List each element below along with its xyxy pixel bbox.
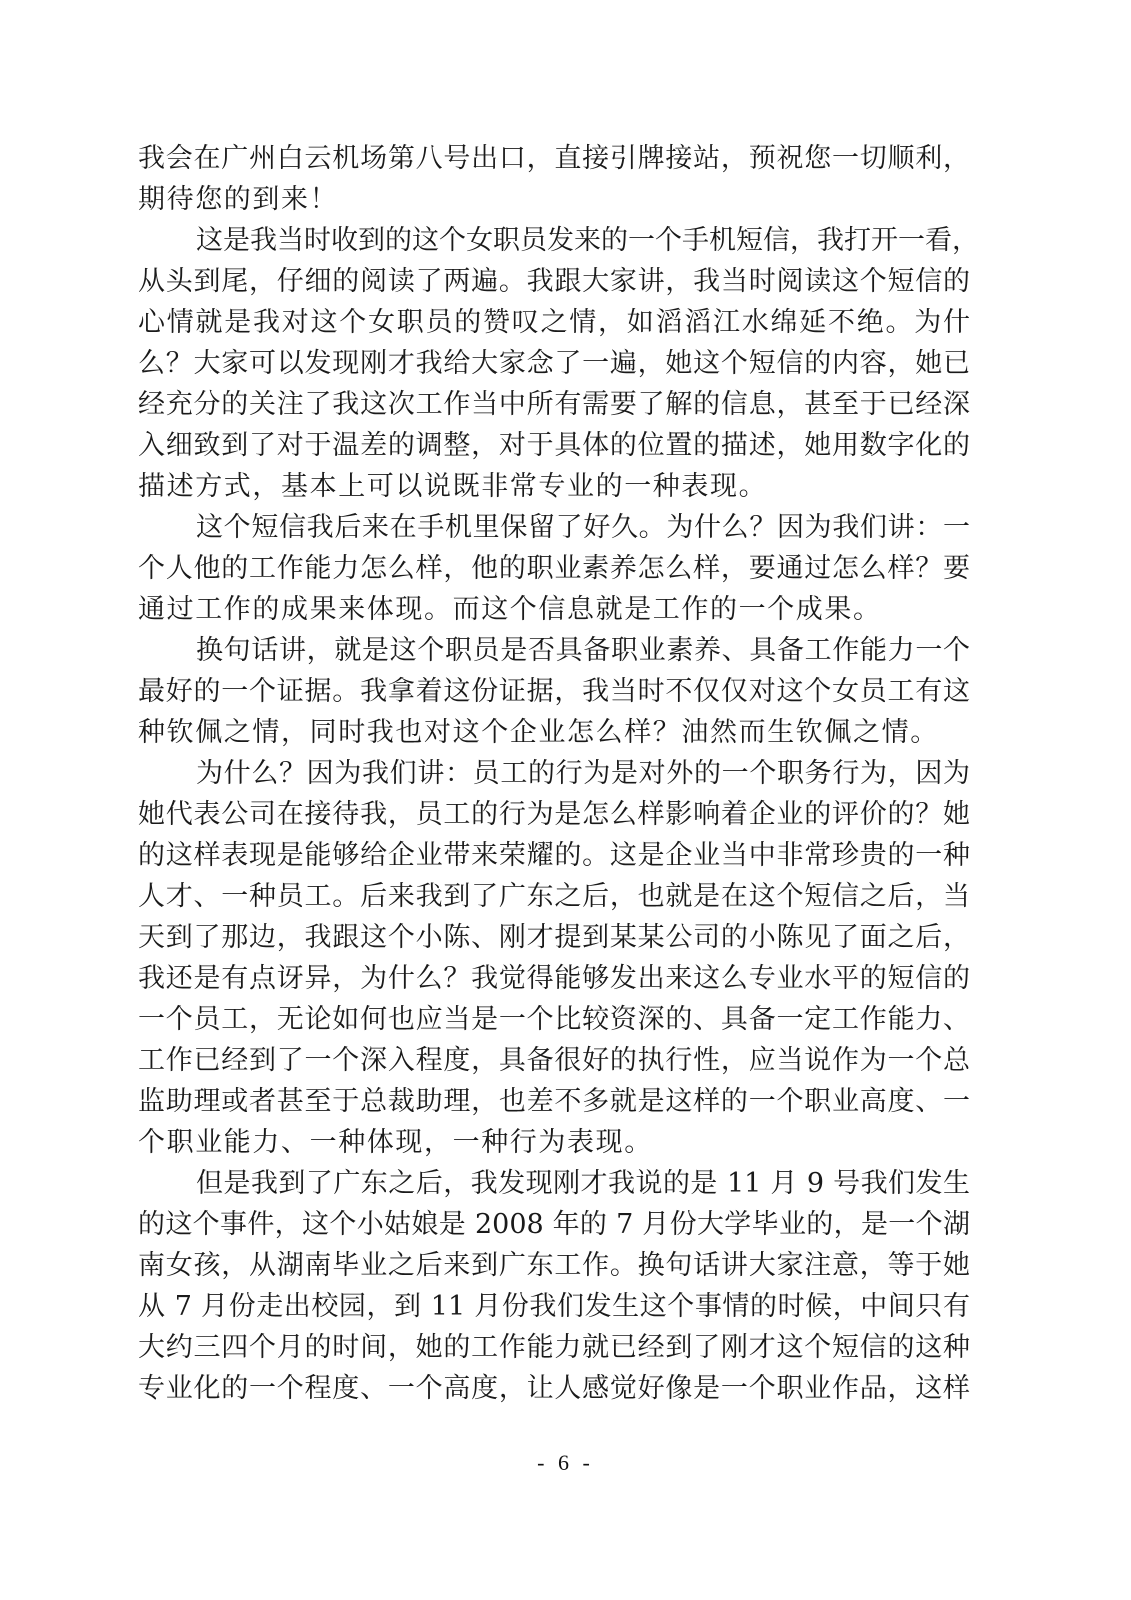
text-line: 天到了那边，我跟这个小陈、刚才提到某某公司的小陈见了面之后， bbox=[138, 917, 970, 958]
text-line: 期待您的到来！ bbox=[138, 179, 970, 220]
text-line: 这是我当时收到的这个女职员发来的一个手机短信，我打开一看， bbox=[138, 220, 970, 261]
text-line: 从 7 月份走出校园，到 11 月份我们发生这个事情的时候，中间只有 bbox=[138, 1286, 970, 1327]
paragraph: 为什么？因为我们讲：员工的行为是对外的一个职务行为，因为她代表公司在接待我，员工… bbox=[138, 753, 970, 1163]
paragraph: 这个短信我后来在手机里保留了好久。为什么？因为我们讲：一个人他的工作能力怎么样，… bbox=[138, 507, 970, 630]
text-line: 她代表公司在接待我，员工的行为是怎么样影响着企业的评价的？她 bbox=[138, 794, 970, 835]
text-line: 专业化的一个程度、一个高度，让人感觉好像是一个职业作品，这样 bbox=[138, 1368, 970, 1409]
text-line: 我会在广州白云机场第八号出口，直接引牌接站，预祝您一切顺利， bbox=[138, 138, 970, 179]
paragraph: 这是我当时收到的这个女职员发来的一个手机短信，我打开一看，从头到尾，仔细的阅读了… bbox=[138, 220, 970, 507]
text-line: 这个短信我后来在手机里保留了好久。为什么？因为我们讲：一 bbox=[138, 507, 970, 548]
document-page: 我会在广州白云机场第八号出口，直接引牌接站，预祝您一切顺利，期待您的到来！这是我… bbox=[0, 0, 1131, 1600]
text-line: 大约三四个月的时间，她的工作能力就已经到了刚才这个短信的这种 bbox=[138, 1327, 970, 1368]
paragraph: 换句话讲，就是这个职员是否具备职业素养、具备工作能力一个最好的一个证据。我拿着这… bbox=[138, 630, 970, 753]
text-line: 入细致到了对于温差的调整，对于具体的位置的描述，她用数字化的 bbox=[138, 425, 970, 466]
text-line: 一个员工，无论如何也应当是一个比较资深的、具备一定工作能力、 bbox=[138, 999, 970, 1040]
text-line: 监助理或者甚至于总裁助理，也差不多就是这样的一个职业高度、一 bbox=[138, 1081, 970, 1122]
text-line: 么？大家可以发现刚才我给大家念了一遍，她这个短信的内容，她已 bbox=[138, 343, 970, 384]
text-line: 换句话讲，就是这个职员是否具备职业素养、具备工作能力一个 bbox=[138, 630, 970, 671]
text-line: 南女孩，从湖南毕业之后来到广东工作。换句话讲大家注意，等于她 bbox=[138, 1245, 970, 1286]
text-line: 人才、一种员工。后来我到了广东之后，也就是在这个短信之后，当 bbox=[138, 876, 970, 917]
paragraph: 但是我到了广东之后，我发现刚才我说的是 11 月 9 号我们发生的这个事件，这个… bbox=[138, 1163, 970, 1409]
text-line: 工作已经到了一个深入程度，具备很好的执行性，应当说作为一个总 bbox=[138, 1040, 970, 1081]
document-body: 我会在广州白云机场第八号出口，直接引牌接站，预祝您一切顺利，期待您的到来！这是我… bbox=[138, 138, 970, 1409]
text-line: 的这个事件，这个小姑娘是 2008 年的 7 月份大学毕业的，是一个湖 bbox=[138, 1204, 970, 1245]
paragraph: 我会在广州白云机场第八号出口，直接引牌接站，预祝您一切顺利，期待您的到来！ bbox=[138, 138, 970, 220]
text-line: 个人他的工作能力怎么样，他的职业素养怎么样，要通过怎么样？要 bbox=[138, 548, 970, 589]
text-line: 心情就是我对这个女职员的赞叹之情，如滔滔江水绵延不绝。为什 bbox=[138, 302, 970, 343]
text-line: 个职业能力、一种体现，一种行为表现。 bbox=[138, 1122, 970, 1163]
text-line: 种钦佩之情，同时我也对这个企业怎么样？油然而生钦佩之情。 bbox=[138, 712, 970, 753]
page-number: - 6 - bbox=[0, 1450, 1131, 1476]
text-line: 的这样表现是能够给企业带来荣耀的。这是企业当中非常珍贵的一种 bbox=[138, 835, 970, 876]
text-line: 为什么？因为我们讲：员工的行为是对外的一个职务行为，因为 bbox=[138, 753, 970, 794]
text-line: 我还是有点讶异，为什么？我觉得能够发出来这么专业水平的短信的 bbox=[138, 958, 970, 999]
text-line: 最好的一个证据。我拿着这份证据，我当时不仅仅对这个女员工有这 bbox=[138, 671, 970, 712]
text-line: 从头到尾，仔细的阅读了两遍。我跟大家讲，我当时阅读这个短信的 bbox=[138, 261, 970, 302]
text-line: 通过工作的成果来体现。而这个信息就是工作的一个成果。 bbox=[138, 589, 970, 630]
text-line: 经充分的关注了我这次工作当中所有需要了解的信息，甚至于已经深 bbox=[138, 384, 970, 425]
text-line: 描述方式，基本上可以说既非常专业的一种表现。 bbox=[138, 466, 970, 507]
text-line: 但是我到了广东之后，我发现刚才我说的是 11 月 9 号我们发生 bbox=[138, 1163, 970, 1204]
